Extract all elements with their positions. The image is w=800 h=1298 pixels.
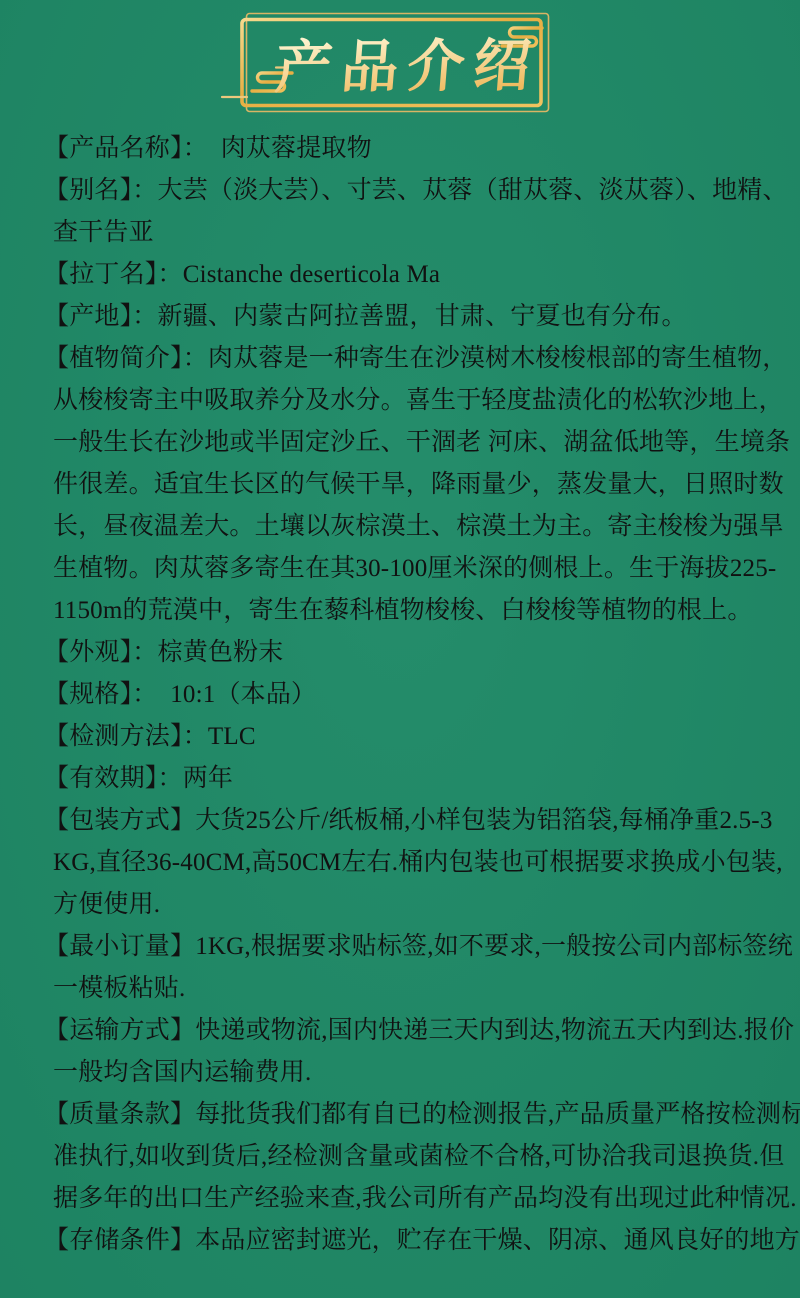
text-line: 【有效期】：两年	[44, 758, 774, 800]
text-line: 【包装方式】大货25公斤/纸板桶,小样包装为铝箔袋,每桶净重2.5-3	[44, 800, 774, 842]
text-line: 【规格】： 10:1（本品）	[44, 674, 774, 716]
text-line: 【检测方法】：TLC	[44, 716, 774, 758]
text-line: KG,直径36-40CM,高50CM左右.桶内包装也可根据要求换成小包装,	[44, 842, 774, 884]
text-line: 从梭梭寄主中吸取养分及水分。喜生于轻度盐渍化的松软沙地上，	[44, 380, 774, 422]
text-line: 一模板粘贴.	[44, 968, 774, 1010]
page-title: 产品介绍	[273, 20, 544, 104]
text-line: 【运输方式】快递或物流,国内快递三天内到达,物流五天内到达.报价	[44, 1010, 774, 1052]
text-line: 生植物。肉苁蓉多寄生在其30-100厘米深的侧根上。生于海拔225-	[44, 548, 774, 590]
text-line: 【存储条件】本品应密封遮光，贮存在干燥、阴凉、通风良好的地方。	[44, 1220, 774, 1262]
text-line: 一般生长在沙地或半固定沙丘、干涸老 河床、湖盆低地等，生境条	[44, 422, 774, 464]
text-line: 件很差。适宜生长区的气候干旱，降雨量少，蒸发量大，日照时数	[44, 464, 774, 506]
text-line: 【质量条款】每批货我们都有自已的检测报告,产品质量严格按检测标	[44, 1094, 774, 1136]
header: 产品介绍	[0, 0, 800, 128]
content: 【产品名称】： 肉苁蓉提取物【别名】：大芸（淡大芸）、寸芸、苁蓉（甜苁蓉、淡苁蓉…	[0, 128, 800, 1262]
text-line: 【别名】：大芸（淡大芸）、寸芸、苁蓉（甜苁蓉、淡苁蓉）、地精、	[44, 170, 774, 212]
text-line: 【拉丁名】：Cistanche deserticola Ma	[44, 254, 774, 296]
text-line: 【外观】：棕黄色粉末	[44, 632, 774, 674]
text-line: 长，昼夜温差大。土壤以灰棕漠土、棕漠土为主。寄主梭梭为强旱	[44, 506, 774, 548]
text-line: 一般均含国内运输费用.	[44, 1052, 774, 1094]
text-line: 【最小订量】1KG,根据要求贴标签,如不要求,一般按公司内部标签统	[44, 926, 774, 968]
text-line: 准执行,如收到货后,经检测含量或菌检不合格,可协洽我司退换货.但	[44, 1136, 774, 1178]
text-line: 【产地】：新疆、内蒙古阿拉善盟，甘肃、宁夏也有分布。	[44, 296, 774, 338]
text-line: 查干告亚	[44, 212, 774, 254]
product-intro-page: 产品介绍 【产品名称】： 肉苁蓉提取物【别名】：大芸（淡大芸）、寸芸、苁蓉（甜苁…	[0, 0, 800, 1262]
text-line: 据多年的出口生产经验来查,我公司所有产品均没有出现过此种情况.	[44, 1178, 774, 1220]
text-line: 【产品名称】： 肉苁蓉提取物	[44, 128, 774, 170]
text-line: 方便使用.	[44, 884, 774, 926]
text-line: 1150m的荒漠中，寄生在藜科植物梭梭、白梭梭等植物的根上。	[44, 590, 774, 632]
text-line: 【植物简介】：肉苁蓉是一种寄生在沙漠树木梭梭根部的寄生植物，	[44, 338, 774, 380]
